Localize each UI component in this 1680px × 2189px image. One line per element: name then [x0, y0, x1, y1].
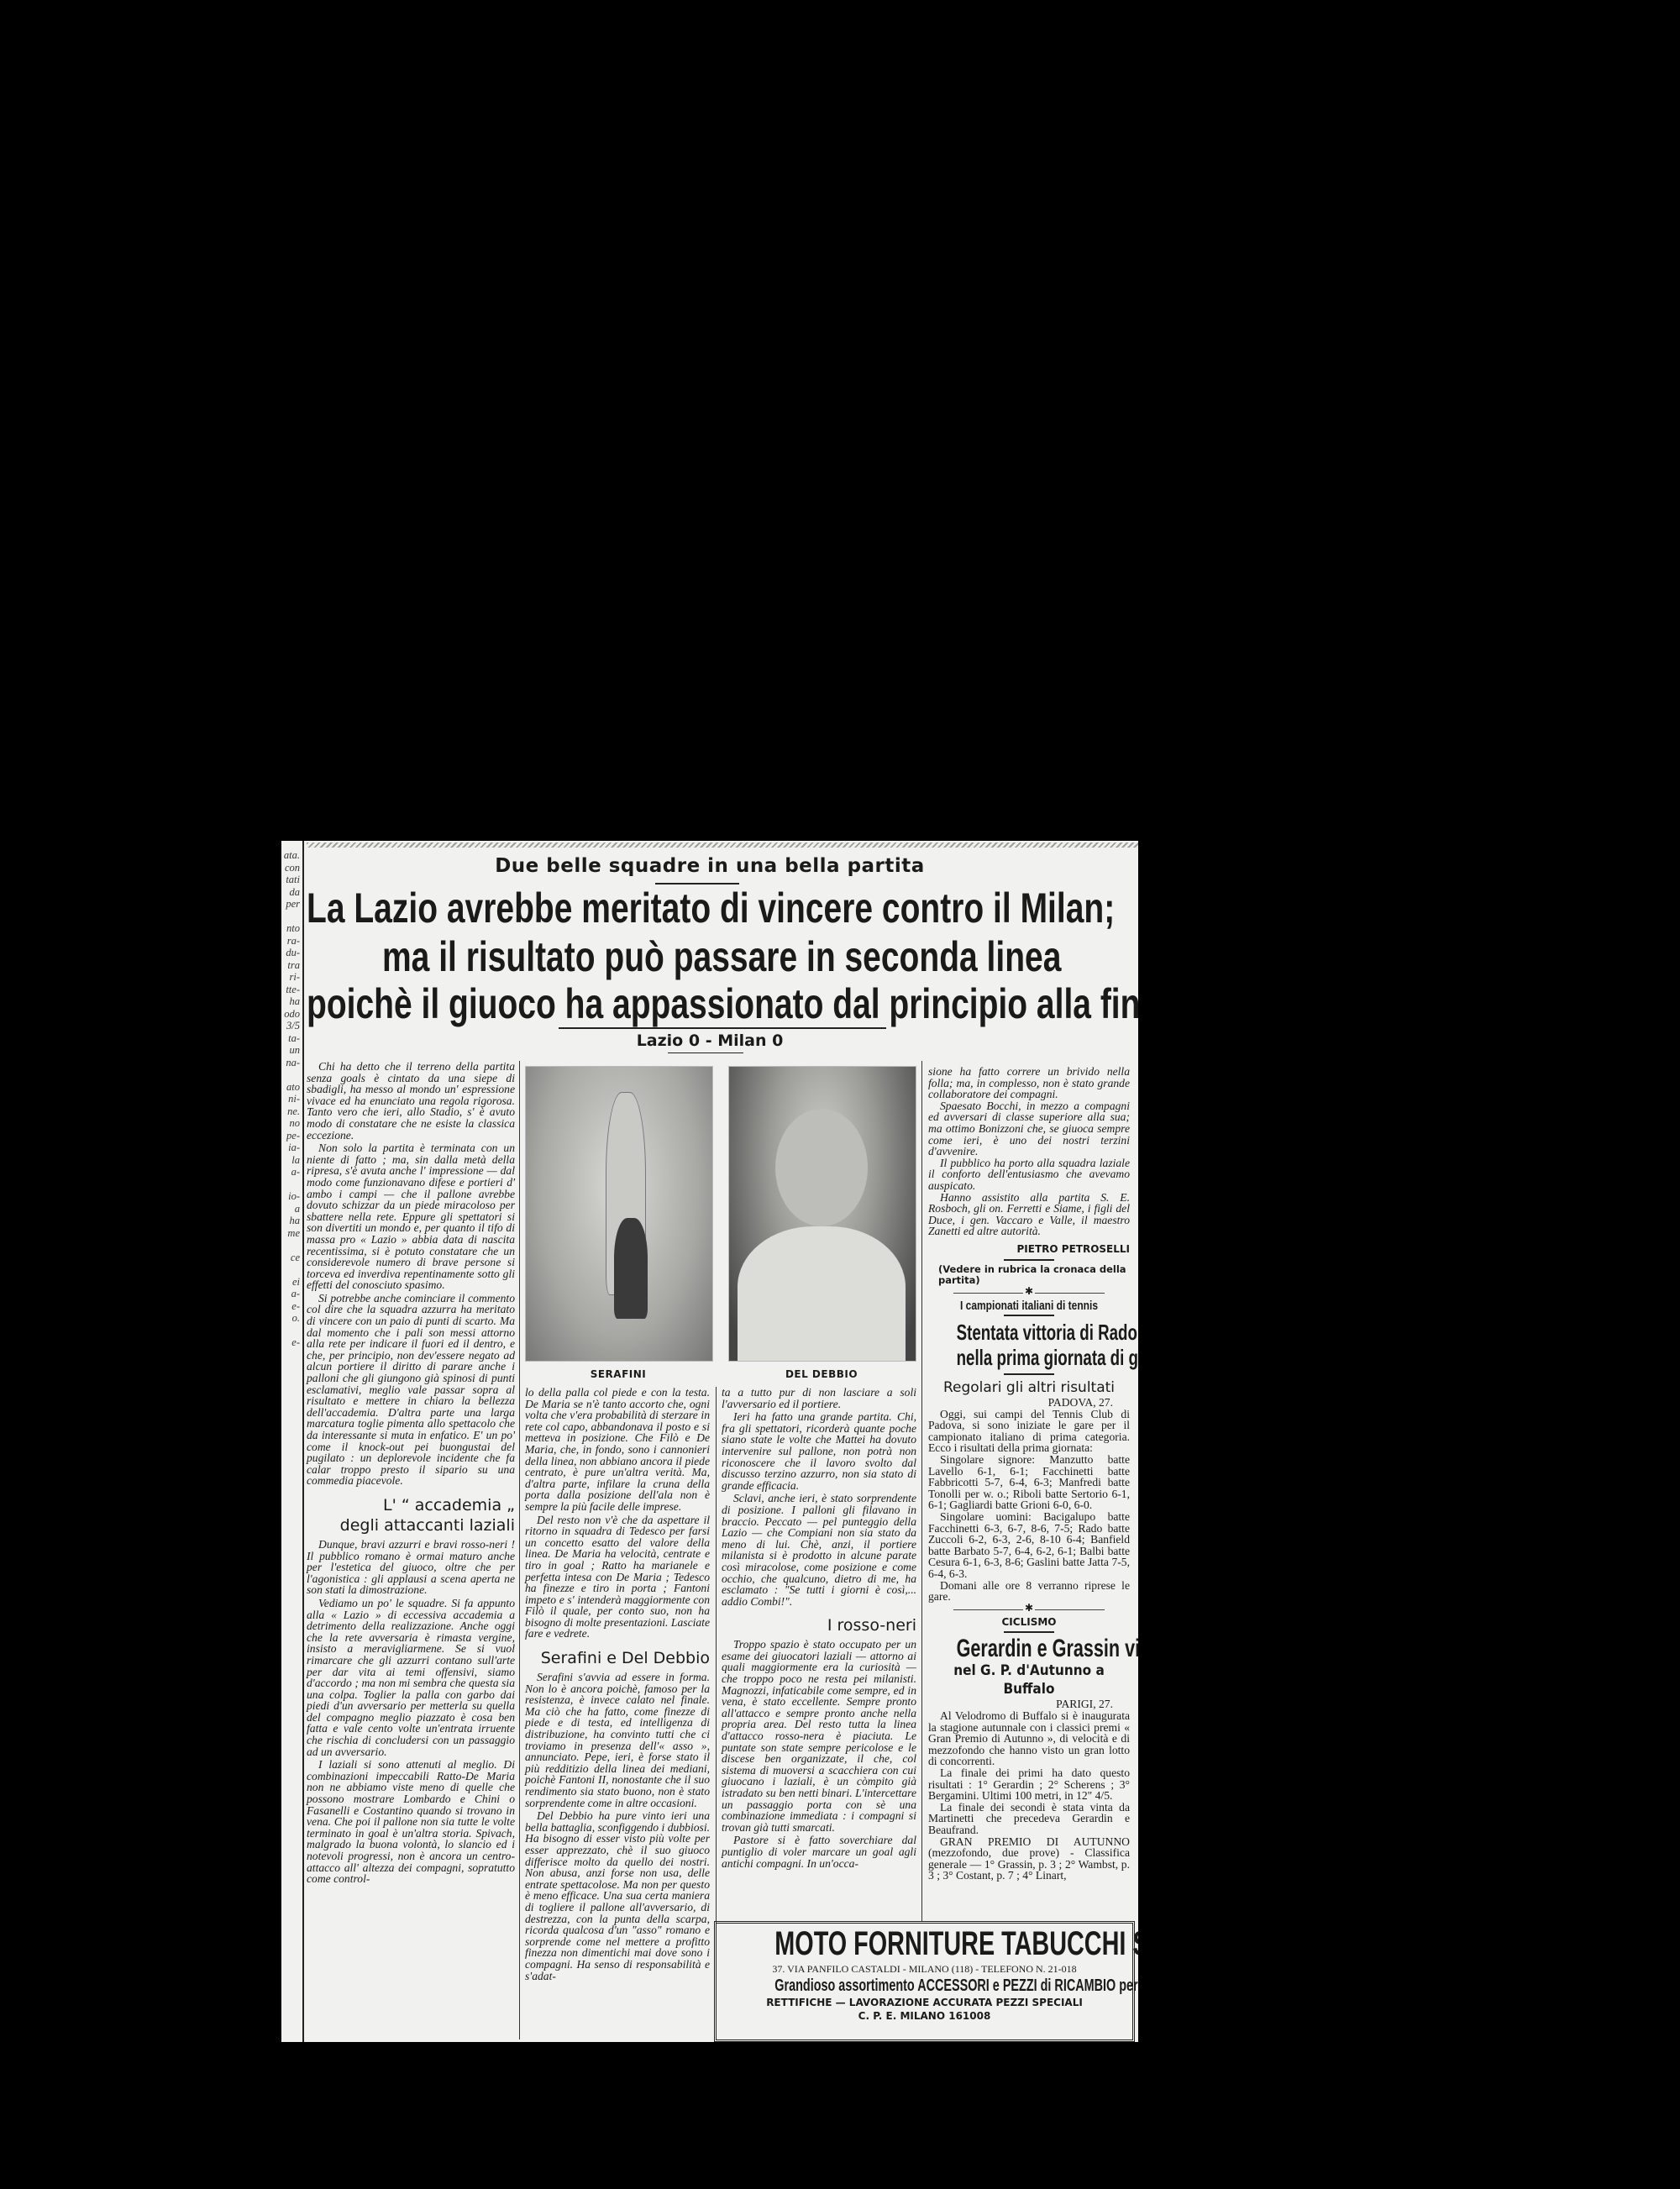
article-column-3: ta a tutto pur di non lasciare a soli l'…: [722, 1387, 916, 1869]
ad-line-3: C. P. E. MILANO 161008: [717, 2009, 1132, 2023]
subheading: Serafini e Del Debbio: [525, 1648, 710, 1668]
paragraph: Singolare uomini: Bacigalupo batte Facch…: [928, 1511, 1130, 1580]
divider: [1004, 1631, 1054, 1633]
paragraph: Chi ha detto che il terreno della partit…: [307, 1061, 515, 1141]
divider: [1004, 1259, 1054, 1261]
paragraph: La finale dei primi ha dato questo risul…: [928, 1767, 1130, 1802]
photo-caption: DEL DEBBIO: [728, 1368, 915, 1380]
subheading: I rosso-neri: [722, 1615, 916, 1635]
paragraph: Troppo spazio è stato occupato per un es…: [722, 1639, 916, 1833]
divider: [668, 1053, 743, 1053]
paragraph: Singolare signore: Manzutto batte Lavell…: [928, 1454, 1130, 1511]
article-column-2: lo della palla col piede e con la testa.…: [525, 1387, 710, 1982]
paragraph: Del resto non v'è che da aspettare il ri…: [525, 1514, 710, 1640]
article-column-1: Chi ha detto che il terreno della partit…: [307, 1061, 515, 1885]
cycling-headline-2: nel G. P. d'Autunno a Buffalo: [938, 1661, 1120, 1698]
paragraph: Oggi, sui campi del Tennis Club di Padov…: [928, 1409, 1130, 1454]
divider: [559, 1027, 886, 1029]
player-shorts: [614, 1218, 648, 1319]
paragraph: Pastore si è fatto soverchiare dal punti…: [722, 1835, 916, 1869]
column-divider: [519, 1061, 520, 2039]
ad-line-1: Grandioso assortimento ACCESSORI e PEZZI…: [774, 1976, 1074, 1996]
ad-title: MOTO FORNITURE TABUCCHI S. A.: [774, 1925, 1074, 1962]
paragraph: Non solo la partita è terminata con un n…: [307, 1142, 515, 1291]
paragraph: La finale dei secondi è stata vinta da M…: [928, 1802, 1130, 1836]
paragraph: Si potrebbe anche cominciare il commento…: [307, 1293, 515, 1487]
section-label: CICLISMO: [928, 1617, 1130, 1629]
editor-note: (Vedere in rubrica la cronaca della part…: [928, 1264, 1130, 1286]
paragraph: I laziali si sono attenuti al meglio. Di…: [307, 1759, 515, 1885]
ad-line-2: RETTIFICHE — LAVORAZIONE ACCURATA PEZZI …: [717, 1996, 1132, 2009]
headline-line-1: La Lazio avrebbe meritato di vincere con…: [307, 885, 962, 932]
divider: ✱: [953, 1609, 1105, 1610]
match-score: Lazio 0 - Milan 0: [281, 1032, 1138, 1050]
advertisement: MOTO FORNITURE TABUCCHI S. A. 37. VIA PA…: [714, 1921, 1135, 2042]
tennis-subhead: Regolari gli altri risultati: [928, 1378, 1130, 1397]
right-column: sione ha fatto correre un brivido nella …: [928, 1066, 1130, 1882]
headline-line-3: poichè il giuoco ha appassionato dal pri…: [307, 980, 962, 1027]
column-divider: [716, 1387, 717, 1924]
tennis-headline-1: Stentata vittoria di Rado su Zuccoli: [957, 1320, 1102, 1345]
portrait-shirt: [738, 1226, 906, 1361]
paragraph: lo della palla col piede e con la testa.…: [525, 1387, 710, 1513]
paragraph: Dunque, bravi azzurri e bravi rosso-neri…: [307, 1539, 515, 1596]
dateline: PARIGI, 27.: [928, 1698, 1130, 1710]
paragraph: Il pubblico ha porto alla squadra lazial…: [928, 1157, 1130, 1192]
photo-caption: SERAFINI: [525, 1368, 711, 1380]
photo-serafini: [525, 1066, 713, 1362]
decorative-top-border: [307, 843, 1138, 848]
paragraph: Serafini s'avvia ad essere in forma. Non…: [525, 1672, 710, 1808]
tennis-kicker: I campionati italiani di tennis: [948, 1300, 1110, 1312]
ad-address: 37. VIA PANFILO CASTALDI - MILANO (118) …: [717, 1962, 1132, 1976]
column-divider: [921, 1061, 922, 1922]
paragraph: Spaesato Bocchi, in mezzo a compagni ed …: [928, 1100, 1130, 1157]
headline-line-2: ma il risultato può passare in seconda l…: [382, 933, 979, 980]
paragraph: Al Velodromo di Buffalo si è inaugurata …: [928, 1710, 1130, 1767]
column-divider: [302, 841, 304, 2042]
divider: [1004, 1315, 1054, 1316]
paragraph: Vediamo un po' le squadre. Si fa appunto…: [307, 1598, 515, 1757]
paragraph: sione ha fatto correre un brivido nella …: [928, 1066, 1130, 1100]
paragraph: Hanno assistito alla partita S. E. Rosbo…: [928, 1192, 1130, 1237]
photo-del-debbio: [728, 1066, 916, 1362]
paragraph: ta a tutto pur di non lasciare a soli l'…: [722, 1387, 916, 1409]
paragraph: Del Debbio ha pure vinto ieri una bella …: [525, 1810, 710, 1982]
divider: ✱: [953, 1293, 1105, 1294]
adjacent-column-fragment: ata. con tati da per nto ra- du- tra ri-…: [281, 849, 300, 2042]
divider: [1004, 1373, 1054, 1375]
portrait-face: [775, 1109, 868, 1226]
cycling-headline-1: Gerardin e Grassin vittoriosi: [957, 1636, 1102, 1661]
paragraph: Sclavi, anche ieri, è stato sorprendente…: [722, 1493, 916, 1607]
subheading: L' “ accademia „ degli attaccanti lazial…: [307, 1495, 515, 1535]
dateline: PADOVA, 27.: [928, 1397, 1130, 1409]
paragraph: Domani alle ore 8 verranno riprese le ga…: [928, 1580, 1130, 1603]
paragraph: GRAN PREMIO DI AUTUNNO (mezzofondo, due …: [928, 1836, 1130, 1882]
subheading-line: degli attaccanti laziali: [307, 1515, 515, 1535]
newspaper-clipping: ata. con tati da per nto ra- du- tra ri-…: [281, 841, 1138, 2042]
byline: PIETRO PETROSELLI: [928, 1244, 1130, 1256]
article-kicker: Due belle squadre in una bella partita: [281, 855, 1138, 877]
subheading-line: L' “ accademia „: [307, 1495, 515, 1515]
tennis-headline-2: nella prima giornata di gare: [957, 1345, 1102, 1370]
paragraph: Ieri ha fatto una grande partita. Chi, f…: [722, 1411, 916, 1491]
